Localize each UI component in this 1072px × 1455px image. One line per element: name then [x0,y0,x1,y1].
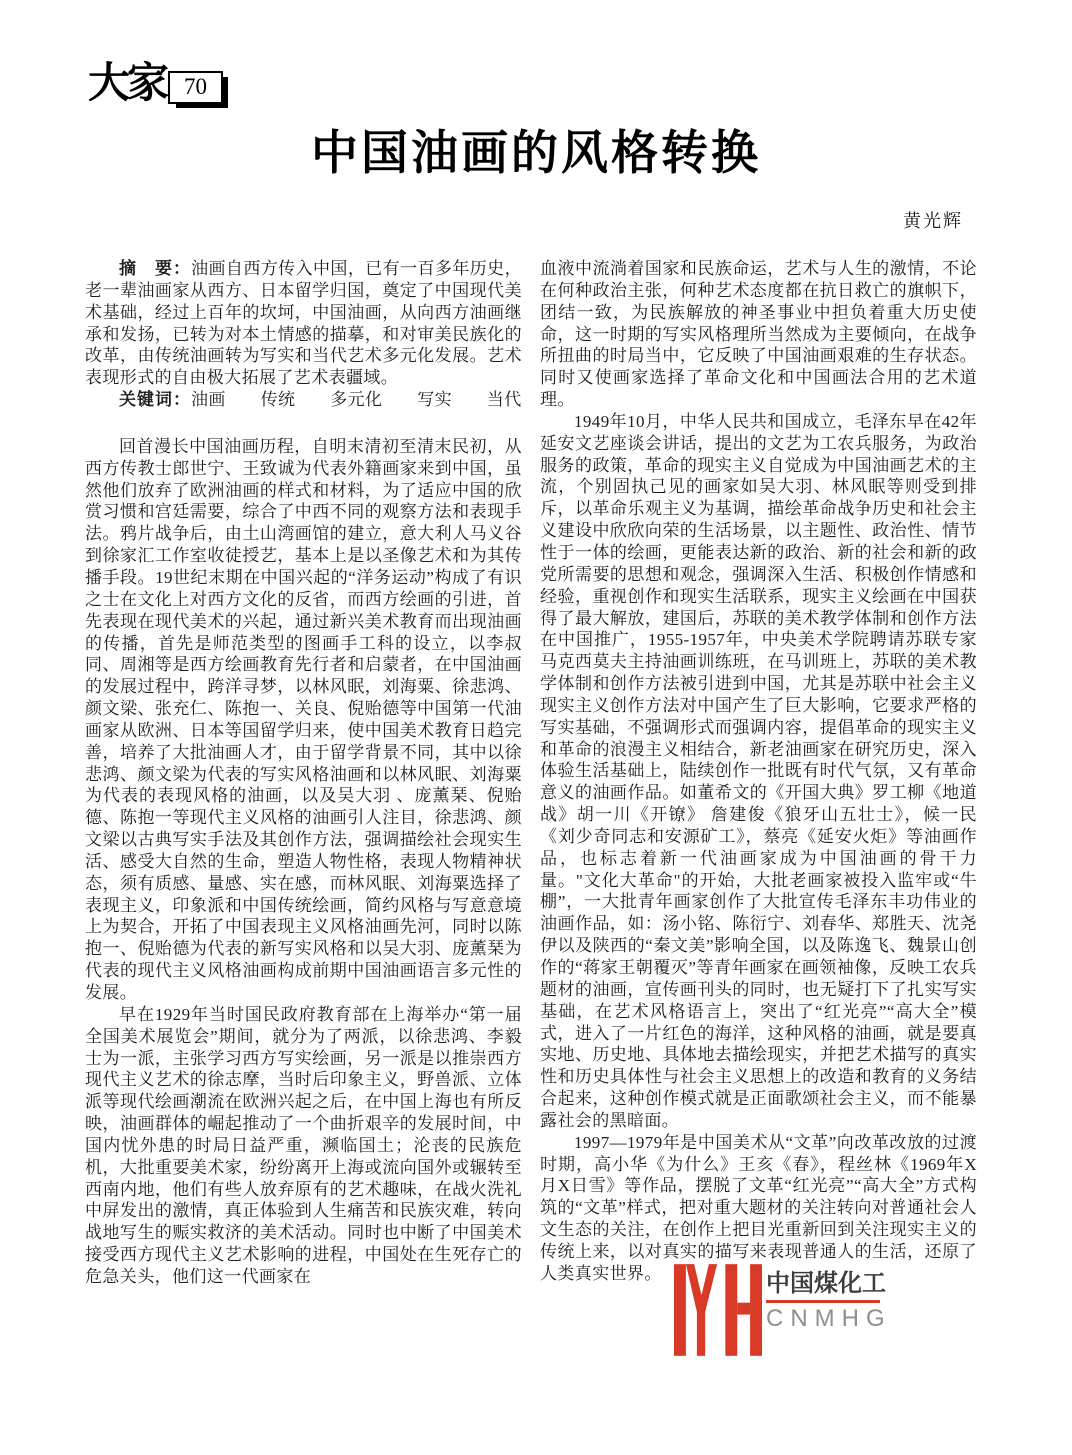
keywords-text: 油画 传统 多元化 写实 当代 [191,390,522,409]
right-column: 血液中流淌着国家和民族命运，艺术与人生的激情，不论在何种政治主张，何种艺术态度都… [540,258,977,1285]
masthead: 大家 70 [88,62,223,112]
paragraph: 血液中流淌着国家和民族命运，艺术与人生的激情，不论在何种政治主张，何种艺术态度都… [540,258,977,411]
abstract: 摘 要：油画自西方传入中国，已有一百多年历史，老一辈油画家从西方、日本留学归国，… [85,258,522,389]
journal-page: 大家 70 中国油画的风格转换 黄光辉 摘 要：油画自西方传入中国，已有一百多年… [0,0,1072,1455]
abstract-label: 摘 要： [119,259,191,278]
paragraph: 回首漫长中国油画历程，自明末清初至清末民初，从西方传教士郎世宁、王致诚为代表外籍… [85,436,522,1004]
page-number: 70 [184,74,207,99]
masthead-brand: 大家 [88,62,166,104]
myh-monogram-icon [674,1264,762,1356]
keywords-label: 关键词： [119,390,191,409]
abstract-text: 油画自西方传入中国，已有一百多年历史，老一辈油画家从西方、日本留学归国，奠定了中… [85,259,522,387]
left-column: 摘 要：油画自西方传入中国，已有一百多年历史，老一辈油画家从西方、日本留学归国，… [85,258,522,1288]
watermark-stamp: 中国煤化工 CNMHG [668,1272,886,1348]
paragraph: 早在1929年当时国民政府教育部在上海举办“第一届全国美术展览会”期间，就分为了… [85,1004,522,1288]
watermark-cn-label: 中国煤化工 [766,1270,886,1298]
keywords-line: 关键词：油画 传统 多元化 写实 当代 [85,389,522,411]
watermark-underline [766,1300,880,1303]
page-number-box: 70 [168,71,223,104]
author-name: 黄光辉 [903,207,963,233]
watermark-en-label: CNMHG [766,1305,892,1333]
paragraph: 1949年10月，中华人民共和国成立，毛泽东早在42年延安文艺座谈会讲话，提出的… [540,411,977,1132]
paragraph: 1997—1979年是中国美术从“文革”向改革改放的过渡时期，高小华《为什么》王… [540,1132,977,1285]
article-title: 中国油画的风格转换 [0,116,1072,183]
